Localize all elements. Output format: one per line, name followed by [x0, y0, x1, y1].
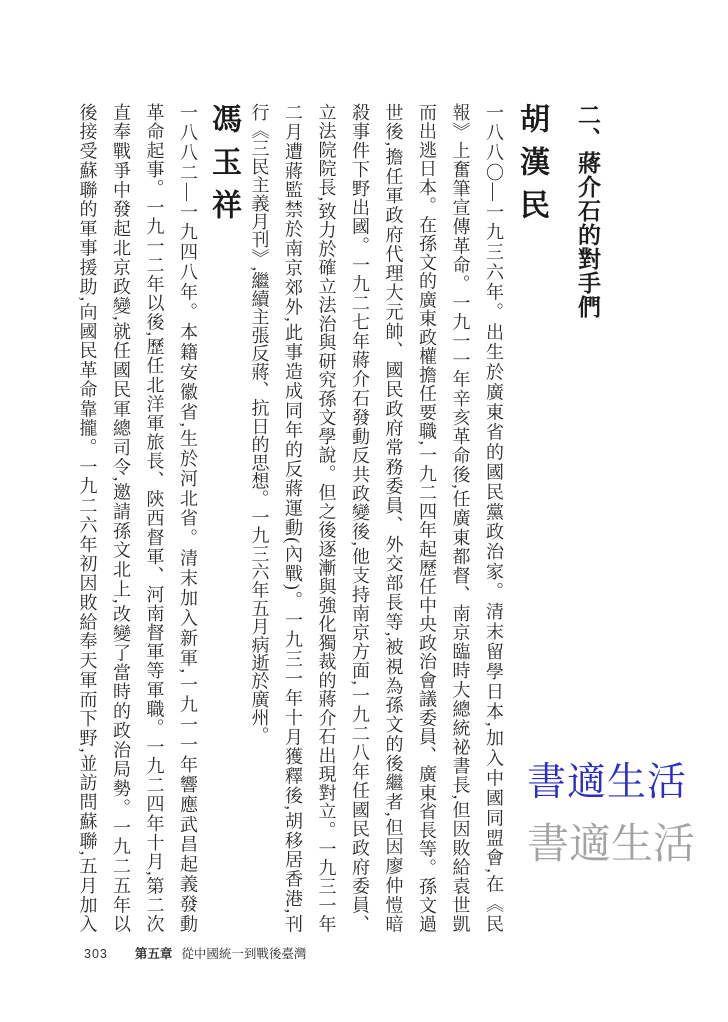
text-column: 二月遭蔣監禁於南京郊外,此事造成同年的反蔣運動(內戰)。一九三一年十月獲釋後,胡…: [276, 103, 310, 933]
page-footer: 303 第五章 從中國統一到戰後臺灣: [84, 944, 306, 962]
text-column: 革命起事。一九一二年以後,歷任北洋軍旅長、陝西督軍、河南督軍等軍職。一九二四年十…: [137, 103, 171, 933]
bio-feng-yuxiang: 一八八二—一九四八年。本籍安徽省,生於河北省。清末加入新軍,一九一一年響應武昌起…: [70, 103, 204, 933]
text-column: 世後,擔任軍政府代理大元帥、國民政府常務委員、外交部長等,被視為孫文的後繼者,但…: [376, 103, 410, 933]
page-title: 二、蔣介石的對手們: [574, 103, 602, 933]
text-column: 而出逃日本。在孫文的廣東政權擔任要職,一九二四年起歷任中央政治會議委員、廣東省長…: [410, 103, 444, 933]
section-heading-feng-yuxiang: 馮玉祥: [206, 103, 240, 933]
text-column: 一八八〇—一九三六年。出生於廣東省的國民黨政治家。清末留學日本,加入中國同盟會,…: [477, 103, 511, 933]
chapter-label: 第五章: [135, 944, 173, 962]
text-column: 一八八二—一九四八年。本籍安徽省,生於河北省。清末加入新軍,一九一一年響應武昌起…: [171, 103, 205, 933]
page-content: 二、蔣介石的對手們 胡漢民 一八八〇—一九三六年。出生於廣東省的國民黨政治家。清…: [70, 103, 602, 933]
page-number: 303: [84, 947, 108, 961]
bio-hu-hanmin: 一八八〇—一九三六年。出生於廣東省的國民黨政治家。清末留學日本,加入中國同盟會,…: [242, 103, 510, 933]
text-column: 報》上奮筆宣傳革命。一九一一年辛亥革命後,任廣東都督、南京臨時大總統祕書長,但因…: [443, 103, 477, 933]
text-column: 直奉戰爭中發起北京政變,就任國民軍總司令,邀請孫文北上,改變了當時的政治局勢。一…: [104, 103, 138, 933]
text-column: 後接受蘇聯的軍事援助,向國民革命靠攏。一九二六年初因敗給奉天軍而下野,並訪問蘇聯…: [70, 103, 104, 933]
section-heading-hu-hanmin: 胡漢民: [514, 103, 548, 933]
book-page: 二、蔣介石的對手們 胡漢民 一八八〇—一九三六年。出生於廣東省的國民黨政治家。清…: [0, 0, 728, 1022]
text-column: 殺事件下野出國。一九二七年蔣介石發動反共政變後,他支持南京方面,一九二八年任國民…: [343, 103, 377, 933]
text-column: 立法院院長,致力於確立法治與研究孫文學說。但之後逐漸與強化獨裁的蔣介石出現對立。…: [309, 103, 343, 933]
text-column: 行《三民主義月刊》,繼續主張反蔣、抗日的思想。一九三六年五月病逝於廣州。: [242, 103, 276, 933]
chapter-title: 從中國統一到戰後臺灣: [181, 944, 306, 962]
